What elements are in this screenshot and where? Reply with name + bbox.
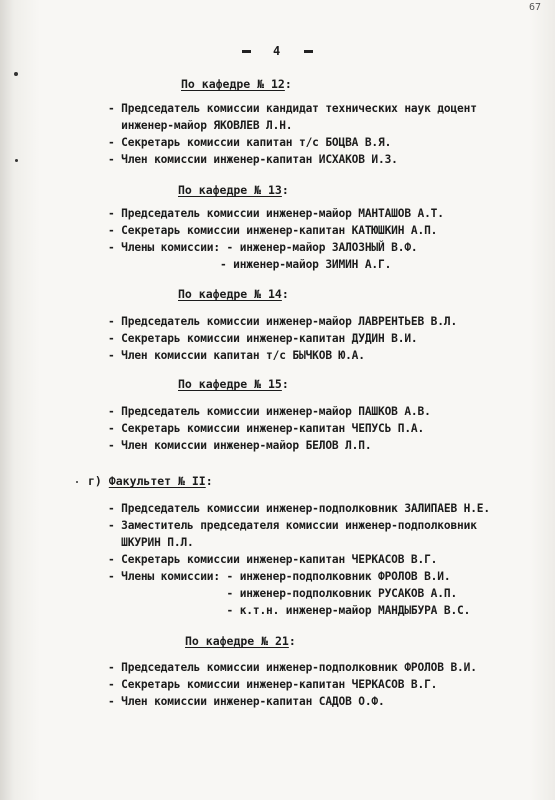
text-line: - Члены комиссии: - инженер-подполковник… <box>108 570 450 584</box>
page-number: 4 <box>220 44 335 58</box>
text-line: - инженер-подполковник РУСАКОВ А.П. <box>108 587 457 601</box>
margin-punch-mark <box>76 481 78 483</box>
text-line: - Секретарь комиссии инженер-капитан ЧЕР… <box>108 553 437 567</box>
margin-punch-mark <box>15 159 18 162</box>
text-line: - Председатель комиссии инженер-майор МА… <box>108 207 444 221</box>
text-line: - Секретарь комиссии инженер-капитан КАТ… <box>108 224 437 238</box>
text-line: - Председатель комиссии инженер-майор ПА… <box>108 405 431 419</box>
text-line: - Секретарь комиссии инженер-капитан ЧЕП… <box>108 422 424 436</box>
section-heading: По кафедре № 12: <box>181 77 292 91</box>
sheet-number: 67 <box>529 2 541 13</box>
section-heading: По кафедре № 14: <box>178 287 289 301</box>
text-line: - Заместитель председателя комиссии инже… <box>108 519 477 533</box>
text-line: - Член комиссии капитан т/с БЫЧКОВ Ю.А. <box>108 349 365 363</box>
document-page: 67 4 По кафедре № 12: - Председатель ком… <box>0 0 555 800</box>
text-line: - Член комиссии инженер-капитан САДОВ О.… <box>108 695 385 709</box>
text-line: - Председатель комиссии инженер-подполко… <box>108 502 490 516</box>
section-heading: По кафедре № 15: <box>178 377 289 391</box>
text-line: - Секретарь комиссии капитан т/с БОЦВА В… <box>108 136 391 150</box>
text-line: - к.т.н. инженер-майор МАНДЫБУРА В.С. <box>108 604 470 618</box>
section-heading: По кафедре № 21: <box>185 634 296 648</box>
text-line: инженер-майор ЯКОВЛЕВ Л.Н. <box>108 119 292 133</box>
text-line: - Председатель комиссии инженер-майор ЛА… <box>108 315 457 329</box>
text-line: - Член комиссии инженер-капитан ИСХАКОВ … <box>108 153 398 167</box>
text-line: - Секретарь комиссии инженер-капитан ДУД… <box>108 332 418 346</box>
section-heading: По кафедре № 13: <box>178 183 289 197</box>
text-line: - Член комиссии инженер-майор БЕЛОВ Л.П. <box>108 439 371 453</box>
faculty-heading: г) Факультет № II: <box>88 474 213 488</box>
text-line: ШКУРИН П.Л. <box>108 536 194 550</box>
text-line: - Члены комиссии: - инженер-майор ЗАЛОЗН… <box>108 241 418 255</box>
text-line: - Секретарь комиссии инженер-капитан ЧЕР… <box>108 678 437 692</box>
text-line: - инженер-майор ЗИМИН А.Г. <box>108 258 391 272</box>
margin-punch-mark <box>14 72 18 76</box>
text-line: - Председатель комиссии инженер-подполко… <box>108 661 477 675</box>
text-line: - Председатель комиссии кандидат техниче… <box>108 102 477 116</box>
